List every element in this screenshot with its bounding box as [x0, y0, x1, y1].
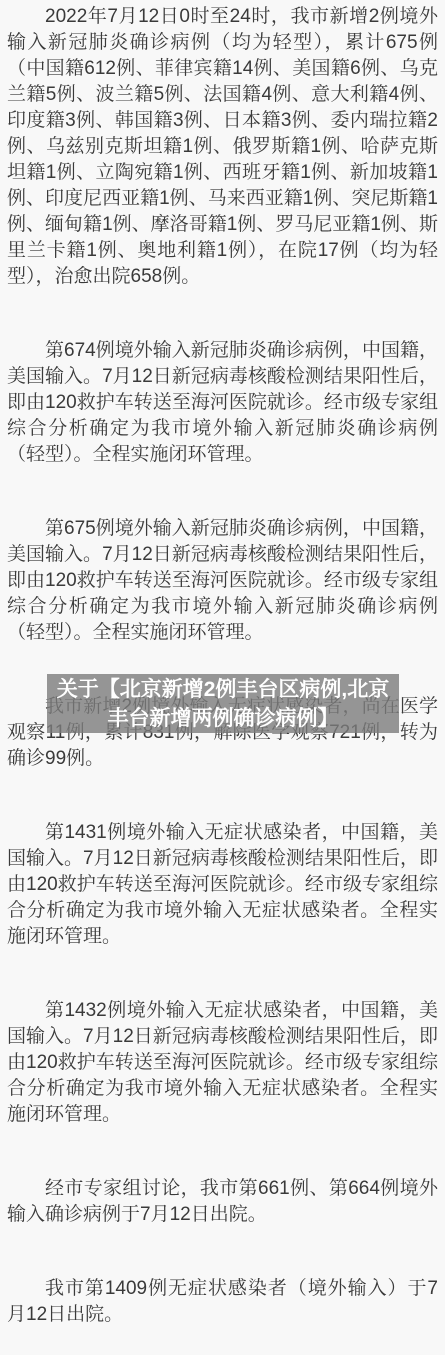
article-paragraph-2: 第674例境外输入新冠肺炎确诊病例，中国籍，美国输入。7月12日新冠病毒核酸检测…: [7, 338, 438, 468]
watermark-title-banner: 关于【北京新增2例丰台区病例,北京丰台新增两例确诊病例】: [47, 674, 399, 733]
article-paragraph-7: 经市专家组讨论，我市第661例、第664例境外输入确诊病例于7月12日出院。: [7, 1176, 438, 1228]
article-paragraph-1: 2022年7月12日0时至24时，我市新增2例境外输入新冠肺炎确诊病例（均为轻型…: [7, 4, 438, 290]
article-body: 2022年7月12日0时至24时，我市新增2例境外输入新冠肺炎确诊病例（均为轻型…: [0, 0, 445, 1328]
article-paragraph-3: 第675例境外输入新冠肺炎确诊病例，中国籍，美国输入。7月12日新冠病毒核酸检测…: [7, 516, 438, 646]
article-paragraph-6: 第1432例境外输入无症状感染者，中国籍，美国输入。7月12日新冠病毒核酸检测结…: [7, 998, 438, 1128]
paragraph-with-overlay: 我市新增2例境外输入无症状感染者，尚在医学观察11例，累计831例，解除医学观察…: [7, 694, 438, 772]
watermark-title-text: 关于【北京新增2例丰台区病例,北京丰台新增两例确诊病例】: [47, 675, 399, 733]
article-page: { "page": { "background_color": "#f8f8f8…: [0, 0, 445, 1355]
article-paragraph-5: 第1431例境外输入无症状感染者，中国籍，美国输入。7月12日新冠病毒核酸检测结…: [7, 820, 438, 950]
article-paragraph-8: 我市第1409例无症状感染者（境外输入）于7月12日出院。: [7, 1276, 438, 1328]
